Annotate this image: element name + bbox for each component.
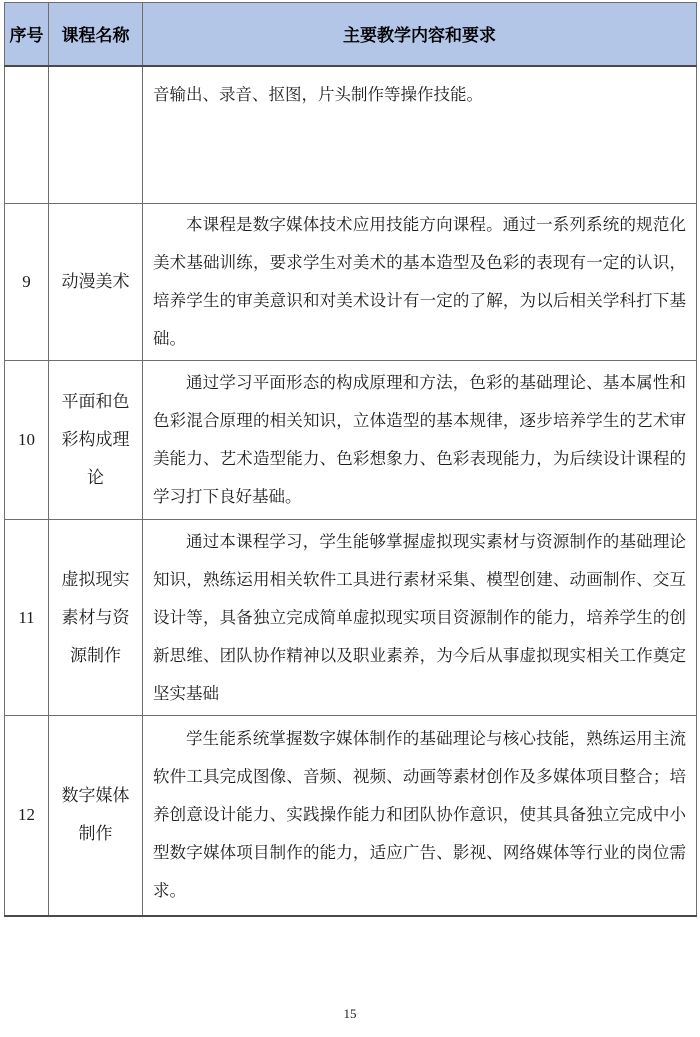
course-content: 通过学习平面形态的构成原理和方法，色彩的基础理论、基本属性和色彩混合原理的相关知… (143, 361, 697, 520)
course-name: 平面和色彩构成理论 (49, 361, 143, 520)
course-content: 通过本课程学习，学生能够掌握虚拟现实素材与资源制作的基础理论知识，熟练运用相关软… (143, 520, 697, 716)
table-row-continuation: 音输出、录音、抠图，片头制作等操作技能。 (5, 66, 697, 204)
course-number (5, 66, 49, 204)
page-number: 15 (0, 1006, 700, 1022)
table-row-10: 10 平面和色彩构成理论 通过学习平面形态的构成原理和方法，色彩的基础理论、基本… (5, 361, 697, 520)
course-content: 本课程是数字媒体技术应用技能方向课程。通过一系列系统的规范化美术基础训练，要求学… (143, 204, 697, 361)
table-row-9: 9 动漫美术 本课程是数字媒体技术应用技能方向课程。通过一系列系统的规范化美术基… (5, 204, 697, 361)
course-name (49, 66, 143, 204)
course-table: 序号 课程名称 主要教学内容和要求 音输出、录音、抠图，片头制作等操作技能。 9… (4, 2, 697, 917)
course-name: 虚拟现实素材与资源制作 (49, 520, 143, 716)
header-cell-number: 序号 (5, 3, 49, 66)
header-cell-content: 主要教学内容和要求 (143, 3, 697, 66)
table-header-row: 序号 课程名称 主要教学内容和要求 (5, 3, 697, 66)
course-number: 11 (5, 520, 49, 716)
header-cell-course-name: 课程名称 (49, 3, 143, 66)
course-content: 音输出、录音、抠图，片头制作等操作技能。 (143, 66, 697, 204)
course-name: 数字媒体制作 (49, 716, 143, 916)
course-number: 9 (5, 204, 49, 361)
table-row-12: 12 数字媒体制作 学生能系统掌握数字媒体制作的基础理论与核心技能，熟练运用主流… (5, 716, 697, 916)
course-content: 学生能系统掌握数字媒体制作的基础理论与核心技能，熟练运用主流软件工具完成图像、音… (143, 716, 697, 916)
course-number: 12 (5, 716, 49, 916)
course-name: 动漫美术 (49, 204, 143, 361)
table-row-11: 11 虚拟现实素材与资源制作 通过本课程学习，学生能够掌握虚拟现实素材与资源制作… (5, 520, 697, 716)
course-number: 10 (5, 361, 49, 520)
